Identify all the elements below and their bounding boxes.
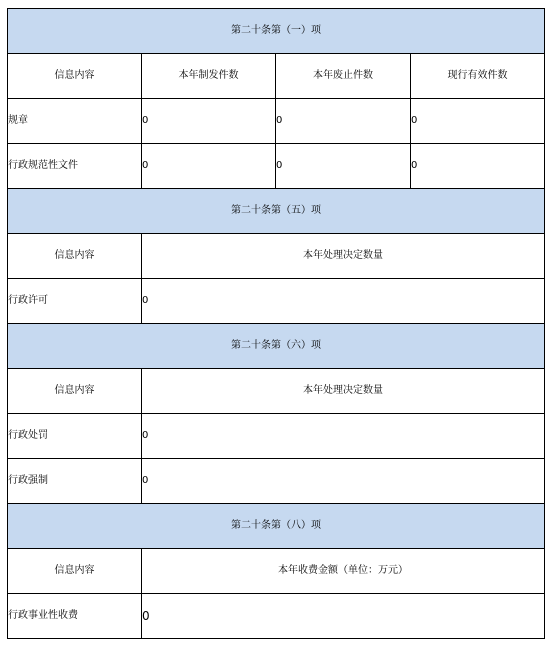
section-title: 第二十条第（八）项 (8, 504, 545, 549)
cell-value: 0 (411, 99, 545, 144)
table-row: 行政许可 0 (8, 279, 545, 324)
column-header: 信息内容 (8, 369, 142, 414)
cell-value: 0 (142, 459, 545, 504)
row-label: 行政强制 (8, 459, 142, 504)
column-header: 信息内容 (8, 549, 142, 594)
row-label: 行政许可 (8, 279, 142, 324)
section-title: 第二十条第（一）项 (8, 9, 545, 54)
table-row: 行政规范性文件 0 0 0 (8, 144, 545, 189)
cell-value: 0 (142, 279, 545, 324)
column-header: 本年废止件数 (276, 54, 411, 99)
column-header-row: 信息内容 本年处理决定数量 (8, 369, 545, 414)
cell-value: 0 (142, 99, 276, 144)
column-header: 本年制发件数 (142, 54, 276, 99)
column-header-row: 信息内容 本年收费金额（单位：万元） (8, 549, 545, 594)
section-header-row: 第二十条第（五）项 (8, 189, 545, 234)
section-header-row: 第二十条第（六）项 (8, 324, 545, 369)
table-row: 行政处罚 0 (8, 414, 545, 459)
column-header: 本年收费金额（单位：万元） (142, 549, 545, 594)
table-row: 行政事业性收费 0 (8, 594, 545, 639)
table-row: 规章 0 0 0 (8, 99, 545, 144)
section-title: 第二十条第（六）项 (8, 324, 545, 369)
section-header-row: 第二十条第（一）项 (8, 9, 545, 54)
table-row: 行政强制 0 (8, 459, 545, 504)
section-title: 第二十条第（五）项 (8, 189, 545, 234)
column-header: 现行有效件数 (411, 54, 545, 99)
cell-value: 0 (411, 144, 545, 189)
column-header: 信息内容 (8, 234, 142, 279)
row-label: 规章 (8, 99, 142, 144)
column-header: 信息内容 (8, 54, 142, 99)
disclosure-table: 第二十条第（一）项 信息内容 本年制发件数 本年废止件数 现行有效件数 规章 0… (7, 8, 545, 639)
row-label: 行政处罚 (8, 414, 142, 459)
column-header: 本年处理决定数量 (142, 234, 545, 279)
row-label: 行政规范性文件 (8, 144, 142, 189)
column-header-row: 信息内容 本年制发件数 本年废止件数 现行有效件数 (8, 54, 545, 99)
section-header-row: 第二十条第（八）项 (8, 504, 545, 549)
cell-value: 0 (142, 144, 276, 189)
cell-value: 0 (142, 594, 545, 639)
row-label: 行政事业性收费 (8, 594, 142, 639)
cell-value: 0 (276, 144, 411, 189)
column-header-row: 信息内容 本年处理决定数量 (8, 234, 545, 279)
cell-value: 0 (276, 99, 411, 144)
column-header: 本年处理决定数量 (142, 369, 545, 414)
cell-value: 0 (142, 414, 545, 459)
